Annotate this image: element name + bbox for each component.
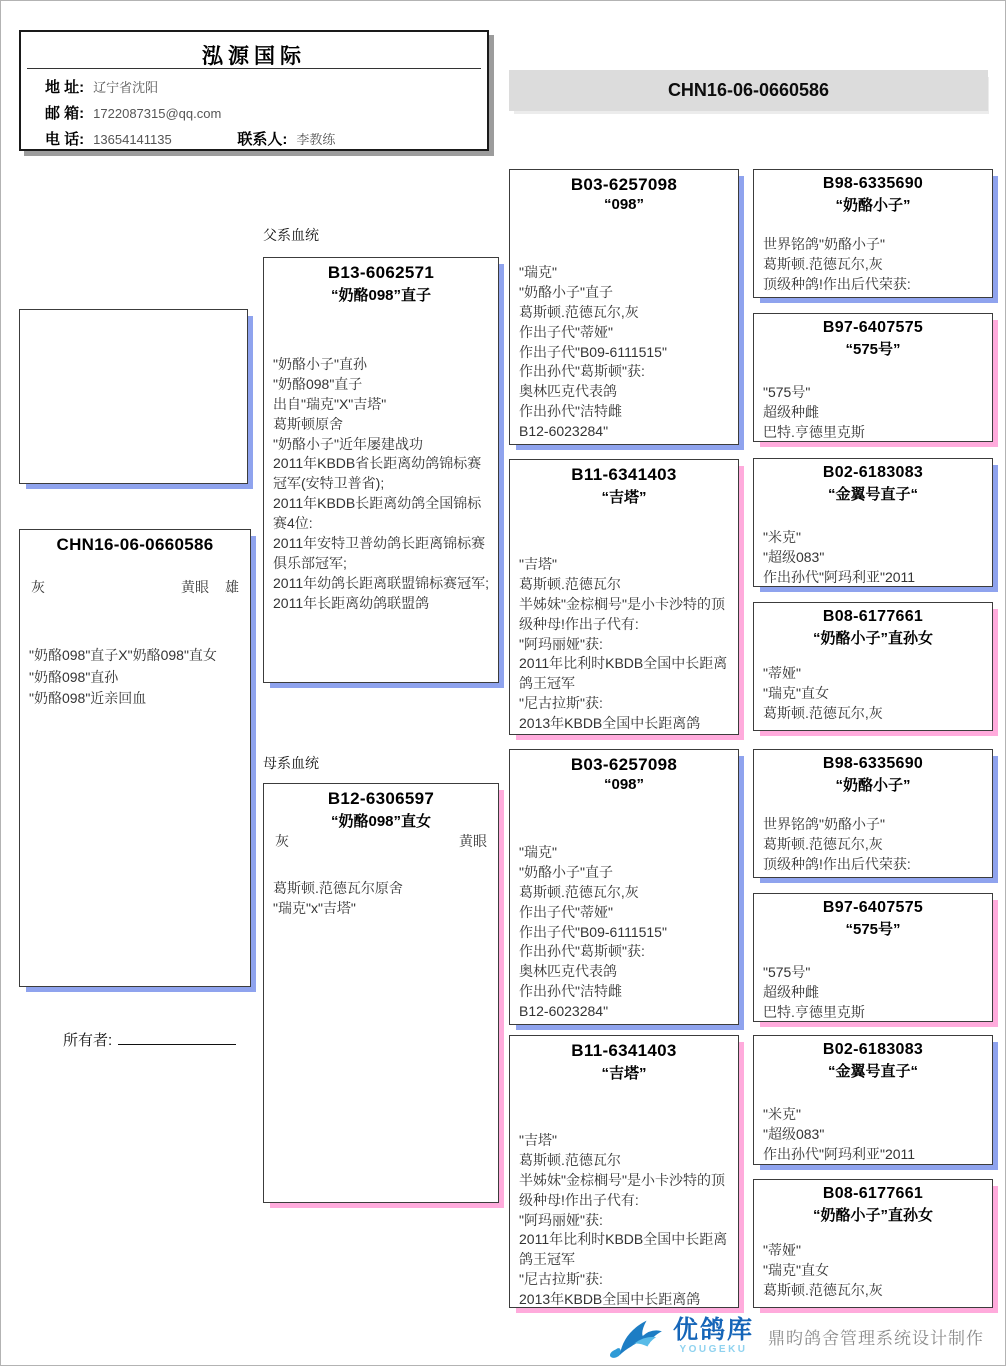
subject-eye: 黄眼 — [181, 579, 209, 595]
pigeon-notes: "575号" 超级种雌 巴特.亨德里克斯 — [763, 383, 983, 442]
yougeku-logo-icon — [607, 1313, 665, 1359]
ring-number: B08-6177661 — [763, 1185, 983, 1203]
grandfather-paternal-box: B03-6257098 “098” "瑞克" "奶酪小子"直子 葛斯顿.范德瓦尔… — [509, 169, 739, 445]
subject-color: 灰 — [31, 577, 45, 597]
pigeon-name: “575号” — [763, 918, 983, 939]
footer-brand: 优鸽库 YOUGEKU 鼎昀鸽舍管理系统设计制作 — [607, 1313, 984, 1359]
pigeon-name: “098” — [519, 776, 729, 793]
great-grandparent-box-2: B97-6407575 “575号” "575号" 超级种雌 巴特.亨德里克斯 — [753, 313, 993, 442]
ring-number: B97-6407575 — [763, 319, 983, 337]
maternal-line-label: 母系血统 — [263, 753, 319, 773]
grandmother-paternal-box: B11-6341403 “吉塔” "吉塔" 葛斯顿.范德瓦尔 半姊妹"金棕榈号"… — [509, 459, 739, 735]
ring-number: B97-6407575 — [763, 899, 983, 917]
grandmother-maternal-box: B11-6341403 “吉塔” "吉塔" 葛斯顿.范德瓦尔 半姊妹"金棕榈号"… — [509, 1035, 739, 1308]
owner-blank-line — [118, 1030, 236, 1045]
pigeon-notes: "米克" "超级083" 作出孙代"阿玛利亚"2011 — [763, 1105, 983, 1165]
pigeon-notes: 葛斯顿.范德瓦尔原舍 "瑞克"x"吉塔" — [273, 879, 489, 919]
loft-contact-rows: 地 址:辽宁省沈阳 邮 箱:1722087315@qq.com 电 话:1365… — [21, 76, 487, 149]
loft-name: 泓源国际 — [21, 32, 487, 66]
subject-traits-row: 灰 黄眼雄 — [29, 577, 241, 597]
great-grandparent-box-1: B98-6335690 “奶酪小子” 世界铭鸽"奶酪小子" 葛斯顿.范德瓦尔,灰… — [753, 169, 993, 298]
pedigree-page: 泓源国际 地 址:辽宁省沈阳 邮 箱:1722087315@qq.com 电 话… — [0, 0, 1006, 1366]
ring-number: B11-6341403 — [519, 465, 729, 485]
ring-number: B02-6183083 — [763, 464, 983, 482]
ring-number: B98-6335690 — [763, 175, 983, 193]
pigeon-photo-placeholder — [19, 309, 248, 484]
pigeon-name: “098” — [519, 196, 729, 213]
loft-header-card: 泓源国际 地 址:辽宁省沈阳 邮 箱:1722087315@qq.com 电 话… — [19, 30, 489, 151]
email-row: 邮 箱:1722087315@qq.com — [45, 102, 487, 123]
pigeon-notes: "575号" 超级种雌 巴特.亨德里克斯 — [763, 963, 983, 1022]
father-box: B13-6062571 “奶酪098”直子 "奶酪小子"直孙 "奶酪098"直子… — [263, 257, 499, 683]
email-label: 邮 箱: — [45, 105, 84, 122]
pigeon-notes: "瑞克" "奶酪小子"直子 葛斯顿.范德瓦尔,灰 作出子代"蒂娅" 作出子代"B… — [519, 843, 729, 1022]
address-row: 地 址:辽宁省沈阳 — [45, 76, 487, 97]
brand-name-en: YOUGEKU — [679, 1345, 747, 1355]
ring-number: B11-6341403 — [519, 1041, 729, 1061]
paternal-line-label: 父系血统 — [263, 225, 319, 245]
pigeon-notes: "蒂娅" "瑞克"直女 葛斯顿.范德瓦尔,灰 — [763, 1241, 983, 1301]
pigeon-name: “吉塔” — [519, 1062, 729, 1083]
pigeon-name: “奶酪小子” — [763, 774, 983, 795]
pigeon-name: “奶酪小子” — [763, 194, 983, 215]
phone-value: 13654141135 — [93, 132, 172, 147]
subject-ring-number: CHN16-06-0660586 — [29, 535, 241, 555]
pigeon-name: “奶酪098”直女 — [273, 810, 489, 831]
ring-number: B98-6335690 — [763, 755, 983, 773]
pigeon-eye: 黄眼 — [459, 831, 487, 851]
address-value: 辽宁省沈阳 — [93, 80, 158, 95]
great-grandparent-box-7: B02-6183083 “金翼号直子“ "米克" "超级083" 作出孙代"阿玛… — [753, 1035, 993, 1165]
traits-row: 灰 黄眼 — [273, 831, 489, 851]
ring-number: B03-6257098 — [519, 175, 729, 195]
pigeon-name: “奶酪098”直子 — [273, 284, 489, 305]
ring-number: B02-6183083 — [763, 1041, 983, 1059]
grandfather-maternal-box: B03-6257098 “098” "瑞克" "奶酪小子"直子 葛斯顿.范德瓦尔… — [509, 749, 739, 1025]
brand-name-stack: 优鸽库 YOUGEKU — [673, 1318, 754, 1355]
subject-sex: 雄 — [225, 579, 239, 595]
contact-label: 联系人: — [237, 131, 287, 148]
ring-number: B03-6257098 — [519, 755, 729, 775]
pigeon-name: “金翼号直子“ — [763, 1060, 983, 1081]
owner-label: 所有者: — [63, 1032, 112, 1049]
pigeon-notes: "米克" "超级083" 作出孙代"阿玛利亚"2011 — [763, 528, 983, 587]
ring-number: B13-6062571 — [273, 263, 489, 283]
ring-number: B08-6177661 — [763, 608, 983, 626]
brand-name-cn: 优鸽库 — [673, 1318, 754, 1343]
mother-box: B12-6306597 “奶酪098”直女 灰 黄眼 葛斯顿.范德瓦尔原舍 "瑞… — [263, 783, 499, 1203]
address-label: 地 址: — [45, 79, 84, 96]
pigeon-notes: 世界铭鸽"奶酪小子" 葛斯顿.范德瓦尔,灰 顶级种鸽!作出后代荣获: — [763, 235, 983, 295]
pigeon-notes: 世界铭鸽"奶酪小子" 葛斯顿.范德瓦尔,灰 顶级种鸽!作出后代荣获: — [763, 815, 983, 875]
subject-eye-sex: 黄眼雄 — [181, 577, 239, 597]
great-grandparent-box-6: B97-6407575 “575号” "575号" 超级种雌 巴特.亨德里克斯 — [753, 893, 993, 1022]
email-value: 1722087315@qq.com — [93, 106, 221, 121]
pigeon-name: “奶酪小子”直孙女 — [763, 627, 983, 648]
contact-value: 李教练 — [296, 132, 335, 147]
pigeon-name: “奶酪小子”直孙女 — [763, 1204, 983, 1225]
pigeon-color: 灰 — [275, 831, 289, 851]
pigeon-notes: "瑞克" "奶酪小子"直子 葛斯顿.范德瓦尔,灰 作出子代"蒂娅" 作出子代"B… — [519, 263, 729, 442]
subject-notes: "奶酪098"直子X"奶酪098"直女 "奶酪098"直孙 "奶酪098"近亲回… — [29, 645, 241, 710]
pigeon-name: “吉塔” — [519, 486, 729, 507]
pigeon-notes: "蒂娅" "瑞克"直女 葛斯顿.范德瓦尔,灰 — [763, 664, 983, 724]
pigeon-name: “575号” — [763, 338, 983, 359]
subject-box: CHN16-06-0660586 灰 黄眼雄 "奶酪098"直子X"奶酪098"… — [19, 529, 251, 987]
pigeon-name: “金翼号直子“ — [763, 483, 983, 504]
great-grandparent-box-8: B08-6177661 “奶酪小子”直孙女 "蒂娅" "瑞克"直女 葛斯顿.范德… — [753, 1179, 993, 1308]
great-grandparent-box-3: B02-6183083 “金翼号直子“ "米克" "超级083" 作出孙代"阿玛… — [753, 458, 993, 587]
ring-number: B12-6306597 — [273, 789, 489, 809]
pigeon-notes: "吉塔" 葛斯顿.范德瓦尔 半姊妹"金棕榈号"是小卡沙特的顶级种母!作出子代有:… — [519, 1131, 729, 1308]
great-grandparent-box-4: B08-6177661 “奶酪小子”直孙女 "蒂娅" "瑞克"直女 葛斯顿.范德… — [753, 602, 993, 731]
phone-row: 电 话:13654141135 联系人:李教练 — [45, 128, 487, 149]
pigeon-notes: "吉塔" 葛斯顿.范德瓦尔 半姊妹"金棕榈号"是小卡沙特的顶级种母!作出子代有:… — [519, 555, 729, 734]
great-grandparent-box-5: B98-6335690 “奶酪小子” 世界铭鸽"奶酪小子" 葛斯顿.范德瓦尔,灰… — [753, 749, 993, 878]
brand-tagline: 鼎昀鸽舍管理系统设计制作 — [768, 1324, 984, 1349]
phone-label: 电 话: — [45, 131, 84, 148]
ring-number-banner: CHN16-06-0660586 — [509, 70, 988, 111]
pigeon-notes: "奶酪小子"直孙 "奶酪098"直子 出自"瑞克"X"吉塔" 葛斯顿原舍 "奶酪… — [273, 355, 489, 613]
owner-row: 所有者: — [63, 1029, 236, 1050]
